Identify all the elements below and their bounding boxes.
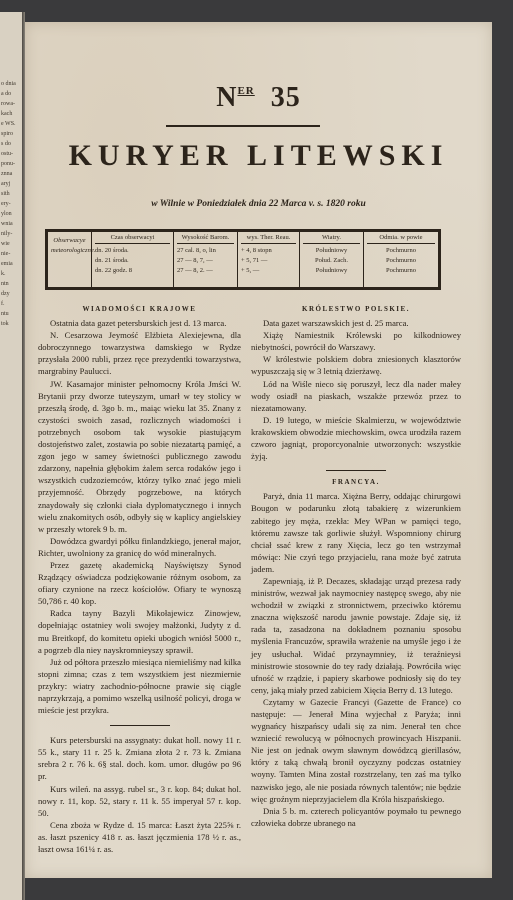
- right-column: KRÓLESTWO POLSKIE. Data gazet warszawski…: [251, 303, 461, 829]
- dateline: w Wilnie w Poniedziałek dnia 22 Marca v.…: [25, 199, 492, 209]
- meteo-header: Czas obserwacyi: [95, 233, 170, 244]
- article-paragraph: Ostatnia data gazet petersburskich jest …: [38, 317, 241, 329]
- previous-page-text-fragment: wie: [1, 240, 10, 250]
- exchange-paragraph: Cena zboża w Rydze d. 15 marca: Łaszt ży…: [38, 819, 241, 855]
- left-column: WIADOMOŚCI KRAJOWE Ostatnia data gazet p…: [38, 303, 241, 855]
- issue-number: NER 35: [25, 82, 492, 114]
- previous-page-text-fragment: ery-: [1, 200, 11, 210]
- article-paragraph: Dnia 5 b. m. czterech policyantów poymał…: [251, 805, 461, 829]
- exchange-paragraph: Kurs petersburski na assygnaty: dukat ho…: [38, 734, 241, 782]
- section-title-france: FRANCYA.: [251, 476, 461, 488]
- article-paragraph: Zapewniają, iż P. Decazes, składając urz…: [251, 575, 461, 696]
- meteo-cell: Połud. Zach.: [303, 256, 360, 266]
- masthead-rule: [166, 125, 320, 127]
- meteo-col-time: Czas obserwacyi dn. 20 środa. dn. 21 śro…: [92, 232, 174, 287]
- article-paragraph: Paryż, dnia 11 marca. Xiężna Berry, odda…: [251, 490, 461, 575]
- article-paragraph: Czytamy w Gazecie Francyi (Gazette de Fr…: [251, 696, 461, 805]
- previous-page-text-fragment: ostu-: [1, 150, 13, 160]
- meteo-col-sky: Odmia. w powie Pochmurno Pochmurno Pochm…: [364, 232, 438, 287]
- previous-page-text-fragment: wnia: [1, 220, 13, 230]
- meteo-cell: 27 — 8, 2. —: [177, 266, 234, 276]
- previous-page-text-fragment: ntu: [1, 310, 9, 320]
- article-paragraph: Xiążę Namiestnik Królewski po kilkodniow…: [251, 329, 461, 353]
- section-title-domestic: WIADOMOŚCI KRAJOWE: [38, 303, 241, 315]
- article-paragraph: N. Cesarzowa Jeymość Elżbieta Alexiejewn…: [38, 329, 241, 377]
- meteo-cell: Południowy: [303, 266, 360, 276]
- previous-page-text-fragment: sith: [1, 190, 10, 200]
- meteo-cell: + 4, 8 stopn: [241, 246, 296, 256]
- meteo-cell: + 5, —: [241, 266, 296, 276]
- article-paragraph: Przez gazetę akademicką Nayświętszy Syno…: [38, 559, 241, 607]
- section-divider: [110, 725, 170, 726]
- meteo-cell: Południowy: [303, 246, 360, 256]
- issue-number-prefix: N: [216, 82, 237, 113]
- meteo-header: Wiatry.: [303, 233, 360, 244]
- exchange-paragraph: Kurs wileń. na assyg. rubel sr., 3 r. ko…: [38, 783, 241, 819]
- previous-page-text-fragment: o dnia: [1, 80, 16, 90]
- meteo-cell: Pochmurno: [367, 246, 435, 256]
- meteo-cell: 27 — 8, 7, —: [177, 256, 234, 266]
- meteo-col-thermometer: wys. Ther. Reau. + 4, 8 stopn + 5, 71 — …: [238, 232, 300, 287]
- meteo-col-barometer: Wysokość Barom. 27 cal. 8, o, lin 27 — 8…: [174, 232, 238, 287]
- previous-page-text-fragment: nily-: [1, 230, 12, 240]
- newspaper-page: NER 35 KURYER LITEWSKI w Wilnie w Ponied…: [25, 22, 492, 878]
- meteo-cell: dn. 22 godz. 8: [95, 266, 170, 276]
- previous-page-text-fragment: s do: [1, 140, 11, 150]
- meteo-col-wind: Wiatry. Południowy Połud. Zach. Południo…: [300, 232, 364, 287]
- meteo-cell: + 5, 71 —: [241, 256, 296, 266]
- article-paragraph: Dowódzca gwardyi półku finlandzkiego, je…: [38, 535, 241, 559]
- previous-page-text-fragment: emia: [1, 260, 13, 270]
- previous-page-text-fragment: a do: [1, 90, 11, 100]
- meteo-header: Wysokość Barom.: [177, 233, 234, 244]
- previous-page-text-fragment: znna: [1, 170, 12, 180]
- meteo-header: Odmia. w powie: [367, 233, 435, 244]
- meteorological-table: Obserwacye meteorologiczne. Czas obserwa…: [45, 229, 441, 290]
- previous-page-text-fragment: ylon: [1, 210, 12, 220]
- previous-page-text-fragment: aryj: [1, 180, 10, 190]
- previous-page-text-fragment: rowa-: [1, 100, 15, 110]
- previous-page-text-fragment: nie-: [1, 250, 10, 260]
- article-paragraph: JW. Kasamajor minister pełnomocny Króla …: [38, 378, 241, 535]
- previous-page-text-fragment: dzy: [1, 290, 10, 300]
- article-paragraph: Lód na Wiśle nieco się poruszył, lecz dl…: [251, 378, 461, 414]
- meteo-cell: 27 cal. 8, o, lin: [177, 246, 234, 256]
- previous-page-text-fragment: tok: [1, 320, 9, 330]
- previous-page-text-fragment: kach: [1, 110, 12, 120]
- meteo-cell: dn. 20 środa.: [95, 246, 170, 256]
- issue-number-suffix: ER: [237, 85, 254, 97]
- previous-page-text-fragment: k.: [1, 270, 6, 280]
- issue-number-value: 35: [271, 82, 301, 113]
- section-title-poland: KRÓLESTWO POLSKIE.: [251, 303, 461, 315]
- article-paragraph: W królestwie polskiem dobra zniesionych …: [251, 353, 461, 377]
- meteo-cell: Pochmurno: [367, 256, 435, 266]
- previous-page-text-fragment: f.: [1, 300, 5, 310]
- previous-page-text-fragment: spiro: [1, 130, 13, 140]
- article-paragraph: Data gazet warszawskich jest d. 25 marca…: [251, 317, 461, 329]
- article-paragraph: D. 19 lutego, w mieście Skalmierzu, w wo…: [251, 414, 461, 462]
- previous-page-edge: o dniaa dorowa-kache WS.spiros doostu-po…: [0, 12, 23, 900]
- meteo-cell: dn. 21 środa.: [95, 256, 170, 266]
- meteo-header: wys. Ther. Reau.: [241, 233, 296, 244]
- section-divider: [326, 470, 386, 471]
- article-paragraph: Radca tayny Bazyli Mikołajewicz Zinowjew…: [38, 607, 241, 655]
- previous-page-text-fragment: ntn: [1, 280, 9, 290]
- meteo-label: Obserwacye meteorologiczne.: [48, 232, 92, 287]
- previous-page-text-fragment: ponu-: [1, 160, 15, 170]
- meteo-cell: Pochmurno: [367, 266, 435, 276]
- newspaper-title: KURYER LITEWSKI: [25, 139, 492, 173]
- article-paragraph: Już od półtora przeszło miesiąca niemiel…: [38, 656, 241, 716]
- previous-page-text-fragment: e WS.: [1, 120, 16, 130]
